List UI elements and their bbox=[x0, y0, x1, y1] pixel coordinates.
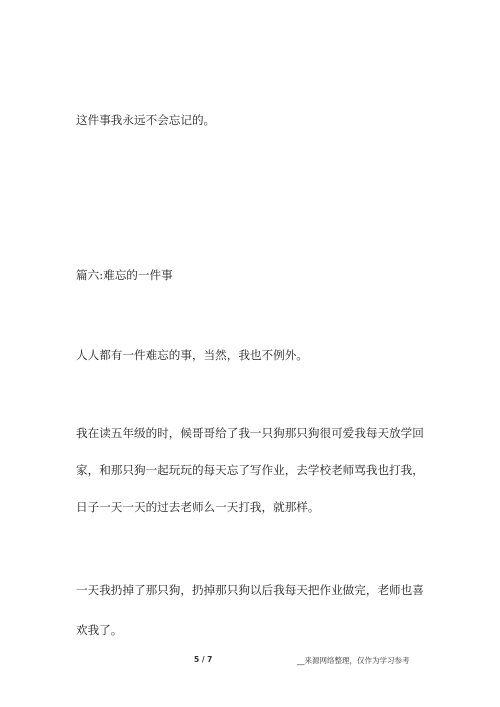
paragraph-line: 日子一天一天的过去老师么一天打我，就那样。 bbox=[76, 500, 319, 514]
paragraph-line: 一天我扔掉了那只狗，扔掉那只狗以后我每天把作业做完，老师也喜 bbox=[76, 583, 424, 597]
paragraph-line: 欢我了。 bbox=[76, 623, 122, 637]
paragraph-intro: 人人都有一件难忘的事，当然，我也不例外。 bbox=[76, 348, 308, 362]
page-indicator: 5 / 7 bbox=[194, 655, 212, 664]
paragraph-line: 我在读五年级的时，候哥哥给了我一只狗那只狗很可爱我每天放学回 bbox=[76, 426, 424, 440]
section-heading: 篇六:难忘的一件事 bbox=[76, 268, 173, 282]
paragraph-line: 家，和那只狗一起玩玩的每天忘了写作业，去学校老师骂我也打我， bbox=[76, 463, 424, 477]
footer-note: __来源网络整理，仅作为学习参考 bbox=[297, 655, 410, 666]
paragraph-closing-line: 这件事我永远不会忘记的。 bbox=[76, 113, 215, 127]
